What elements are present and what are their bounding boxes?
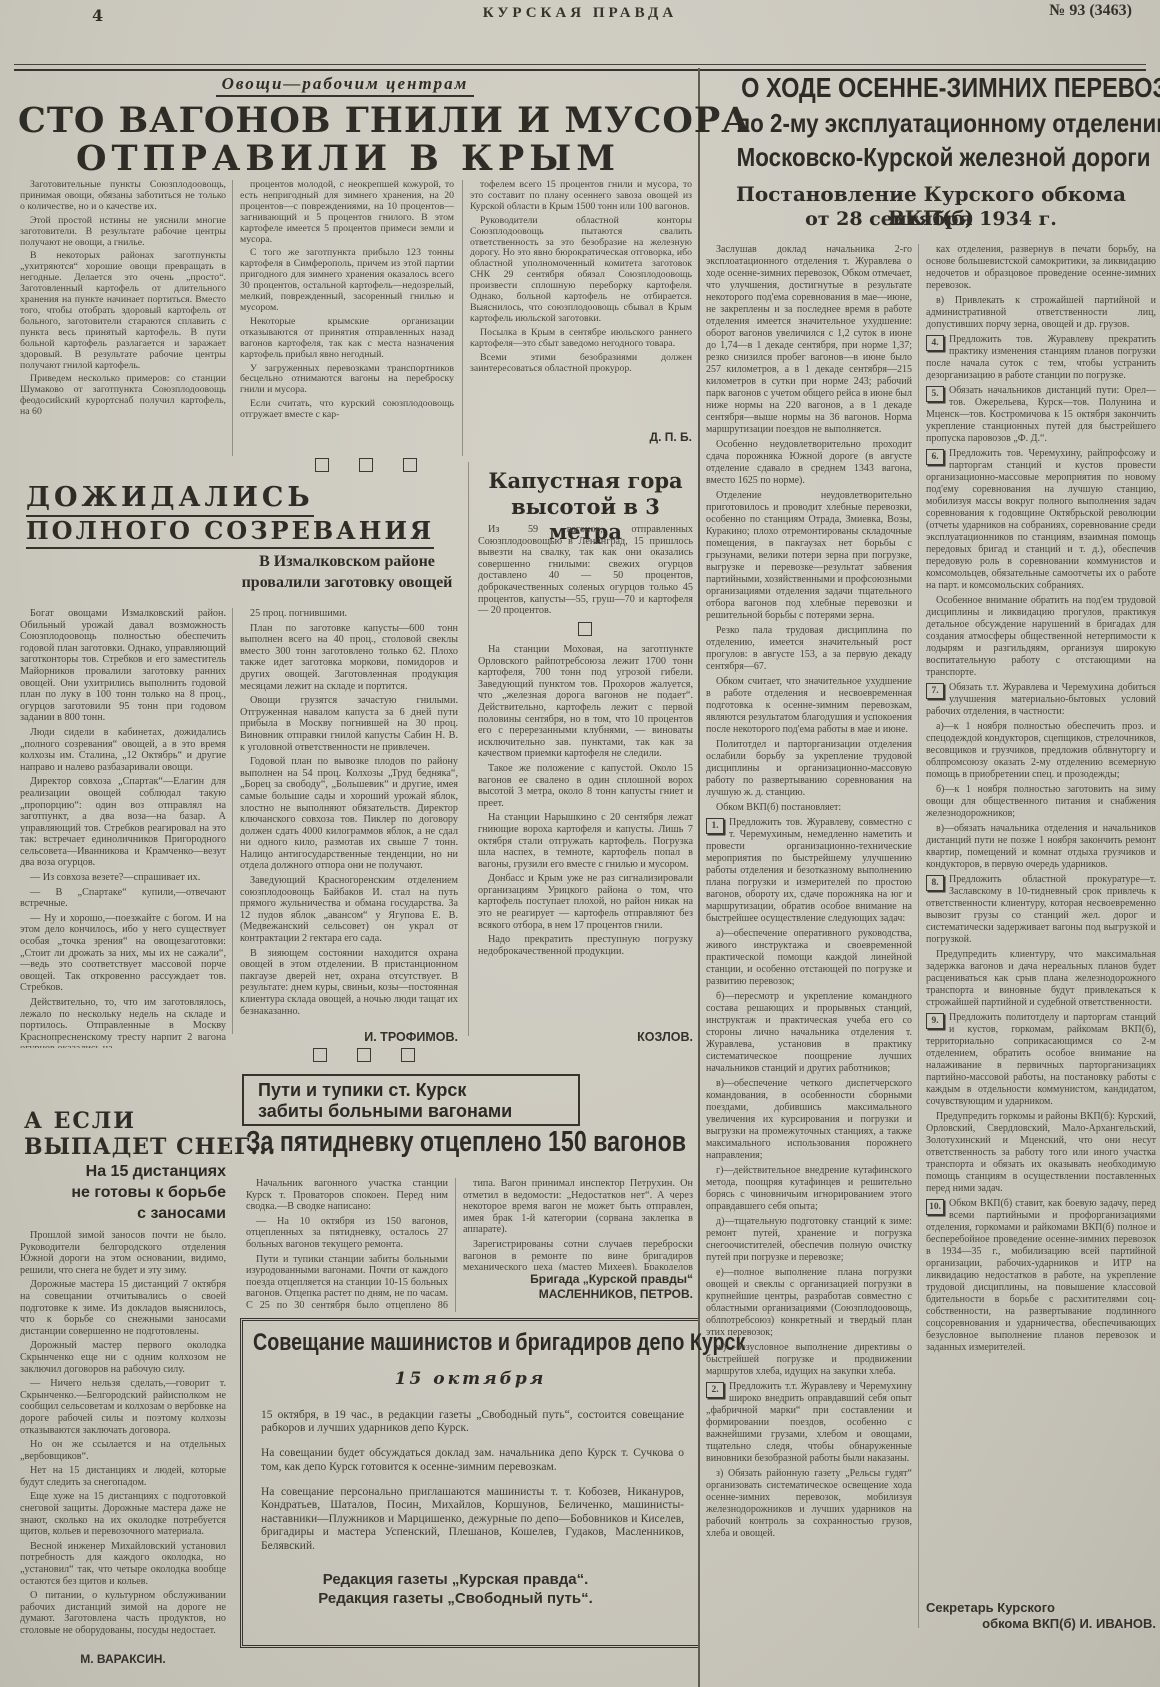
paragraph: Особенно неудовлетворительно проходит сд… — [706, 439, 912, 487]
paragraph: Обком считает, что значительное ухудшени… — [706, 676, 912, 736]
snow-headline-line1: А ЕСЛИ — [24, 1108, 136, 1134]
wagons-column-2: типа. Вагон принимал инспектор Петрухин.… — [463, 1178, 693, 1270]
snow-subhead-line3: с заносами — [20, 1205, 226, 1223]
paragraph: 7.Обязать т.т. Журавлева и Черемухина до… — [926, 682, 1156, 718]
ripening-headline-text1: ДОЖИДАЛИСЬ — [26, 482, 314, 517]
paragraph: Если считать, что курский союзплодоовощь… — [240, 399, 454, 421]
meeting-text: 15 октября, в 19 час., в редакции газеты… — [261, 1397, 684, 1567]
paragraph: Особенное внимание обратить на под'ем тр… — [926, 595, 1156, 679]
resolution-column-2: ках отделения, развернув в печати борьбу… — [926, 244, 1156, 1574]
ornament-square — [401, 1048, 415, 1062]
main-column-divider — [698, 68, 700, 1687]
paragraph: Руководители областной конторы Союзплодо… — [470, 216, 692, 325]
paragraph: з) Обязать районную газету „Рельсы гудят… — [706, 1468, 912, 1540]
ornament-square — [359, 458, 373, 472]
cabbage-text-bottom: На станции Моховая, на заготпункте Орлов… — [478, 644, 693, 1026]
item-number-box: 7. — [926, 683, 944, 699]
paragraph: Директор совхоза „Спартак“—Елагин для ре… — [20, 776, 226, 869]
paragraph: Нет на 15 дистанциях и людей, которые бу… — [20, 1465, 226, 1488]
paragraph: На совещании будет обсуждаться доклад за… — [261, 1447, 684, 1474]
paragraph: Люди сидели в кабинетах, дожидались „пол… — [20, 727, 226, 773]
paragraph: — Из совхоза везете?—спрашивает их. — [20, 872, 226, 884]
ripening-headline-text2: ПОЛНОГО СОЗРЕВАНИЯ — [26, 516, 434, 549]
cabbage-text-top: Из 59 вагонов, отправленных Союзплодоово… — [478, 524, 693, 616]
paragraph: Заготовительные пункты Союзплодоовощь, п… — [20, 180, 226, 213]
lead-kicker: Овощи—рабочим центрам — [170, 74, 520, 94]
header-rule — [14, 64, 1146, 71]
paragraph: Посылка в Крым в сентябре июльского ранн… — [470, 328, 692, 350]
ornament-square — [313, 1048, 327, 1062]
paragraph: тофелем всего 15 процентов гнили и мусор… — [470, 180, 692, 213]
paragraph: 8.Предложить областной прокуратуре—т. За… — [926, 874, 1156, 946]
paragraph: Еще хуже на 15 дистанциях с подготовкой … — [20, 1491, 226, 1537]
lead-column-1: Заготовительные пункты Союзплодоовощь, п… — [20, 180, 226, 458]
paragraph: О питании, о культурном обслуживании раб… — [20, 1590, 226, 1636]
ripening-subhead-line1: В Измалковском районе — [232, 553, 462, 571]
paragraph: Зарегистрированы сотни случаев переброск… — [463, 1239, 693, 1270]
ripening-column-1: Богат овощами Измалковский район. Обильн… — [20, 608, 226, 1048]
wagons-column-1: Начальник вагонного участка станции Курс… — [246, 1178, 448, 1312]
paragraph: 5.Обязать начальников дистанций пути: Ор… — [926, 385, 1156, 445]
wagons-col-rule — [455, 1178, 456, 1312]
paragraph: В некоторых районах заготпункты „ухитряю… — [20, 251, 226, 371]
paragraph: Пути и тупики станции забиты больными из… — [246, 1254, 448, 1312]
resolution-headline-line3: Московско-Курской железной дороги — [737, 142, 1126, 173]
lead-headline-line2: ОТПРАВИЛИ В КРЫМ — [18, 138, 678, 179]
paragraph: Начальник вагонного участка станции Курс… — [246, 1178, 448, 1213]
paragraph: Политотдел и парторганизации отделения о… — [706, 739, 912, 799]
paragraph: 10.Обком ВКП(б) ставит, как боевую задач… — [926, 1198, 1156, 1354]
cabbage-headline-line1: Капустная гора — [478, 468, 693, 493]
paragraph: Такое же положение с капустой. Около 15 … — [478, 763, 693, 809]
paragraph: Дорожный мастер первого околодка Скрынче… — [20, 1340, 226, 1375]
paragraph: 9.Предложить политотделу и парторгам ста… — [926, 1012, 1156, 1108]
paragraph: типа. Вагон принимал инспектор Петрухин.… — [463, 1178, 693, 1236]
snow-subhead-line2: не готовы к борьбе — [20, 1184, 226, 1202]
ripening-col-rule — [232, 608, 233, 1034]
paragraph: На станции Нарышкино с 20 сентября лежат… — [478, 812, 693, 870]
meeting-box: Совещание машинистов и бригадиров депо К… — [240, 1318, 698, 1648]
paragraph: а)—обеспечение оперативного руководства,… — [706, 928, 912, 988]
ornament-squares-row1 — [300, 458, 432, 477]
paragraph: а)—к 1 ноября полностью обеспечить проз.… — [926, 721, 1156, 781]
paragraph: Но он же ссылается и на отдельных „вербо… — [20, 1439, 226, 1462]
paragraph: План по заготовке капусты—600 тонн выпол… — [240, 623, 458, 693]
item-number-box: 5. — [926, 386, 944, 402]
resolution-signature-line2: обкома ВКП(б) И. ИВАНОВ. — [926, 1616, 1156, 1631]
lead-col-rule-1 — [232, 180, 233, 456]
wagons-signature-line2: МАСЛЕННИКОВ, ПЕТРОВ. — [463, 1287, 693, 1301]
paragraph: г)—действительное внедрение кутафинского… — [706, 1165, 912, 1213]
meeting-signature-line1: Редакция газеты „Курская правда“. — [243, 1571, 668, 1588]
paragraph: в) Привлекать к строжайшей партийной и а… — [926, 295, 1156, 331]
cabbage-ornament-square — [578, 622, 592, 641]
paragraph: Некоторые крымские организации отказываю… — [240, 317, 454, 361]
paragraph: Надо прекратить преступную погрузку недо… — [478, 934, 693, 957]
paragraph: 15 октября, в 19 час., в редакции газеты… — [261, 1409, 684, 1436]
sick-wagons-line1: Пути и тупики ст. Курск — [258, 1080, 578, 1101]
paragraph: Резко пала трудовая дисциплина по отделе… — [706, 625, 912, 673]
paragraph: — Ну и хорошо,—поезжайте с богом. И на э… — [20, 913, 226, 994]
paragraph: е)—полное выполнение плана погрузки овощ… — [706, 1267, 912, 1339]
lead-column-3: тофелем всего 15 процентов гнили и мусор… — [470, 180, 692, 430]
wagons-signature-line1: Бригада „Курской правды“ — [463, 1272, 693, 1286]
paragraph: Этой простой истины не уяснили многие за… — [20, 216, 226, 249]
item-number-box: 4. — [926, 335, 944, 351]
lead-signature: Д. П. Б. — [470, 430, 692, 444]
item-number-box: 1. — [706, 818, 724, 834]
lead-headline-line1: СТО ВАГОНОВ ГНИЛИ И МУСОРА — [18, 100, 678, 141]
snow-headline-line2: ВЫПАДЕТ СНЕГ... — [24, 1134, 276, 1160]
paragraph: Всеми этими безобразиями должен заинтере… — [470, 353, 692, 375]
wagons-headline: За пятидневку отцеплено 150 вагонов — [246, 1126, 686, 1159]
paragraph: Заслушав доклад начальника 2-го эксплоат… — [706, 244, 912, 436]
paragraph: Дорожные мастера 15 дистанций 7 октября … — [20, 1279, 226, 1337]
lead-column-2: процентов молодой, с неокрепшей кожурой,… — [240, 180, 454, 458]
cabbage-left-rule — [468, 462, 469, 1036]
resolution-subhead-line2: от 28 сентября 1934 г. — [705, 208, 1157, 230]
paragraph: Отделение неудовлетворительно приготовил… — [706, 490, 912, 622]
item-number-box: 8. — [926, 875, 944, 891]
paragraph: 2.Предложить т.т. Журавлеву и Черемухину… — [706, 1381, 912, 1465]
item-number-box: 9. — [926, 1013, 944, 1029]
ornament-squares-row2 — [298, 1048, 430, 1067]
paragraph: Действительно, то, что им заготовлялось,… — [20, 997, 226, 1048]
lead-kicker-text: Овощи—рабочим центрам — [216, 74, 475, 97]
paragraph: Годовой план по вывозке плодов по району… — [240, 756, 458, 872]
meeting-date: 15 октября — [243, 1369, 698, 1389]
paragraph: — На 10 октября из 150 вагонов, отцеплен… — [246, 1216, 448, 1251]
paragraph: процентов молодой, с неокрепшей кожурой,… — [240, 180, 454, 245]
paragraph: Богат овощами Измалковский район. Обильн… — [20, 608, 226, 724]
ripening-subhead-line2: провалили заготовку овощей — [232, 574, 462, 592]
sick-wagons-box-headline: Пути и тупики ст. Курск забиты больными … — [242, 1074, 580, 1126]
paragraph: ках отделения, развернув в печати борьбу… — [926, 244, 1156, 292]
paragraph: С того же заготпункта прибыло 123 тонны … — [240, 248, 454, 313]
paragraph: в)—обеспечение четкого диспетчерского ко… — [706, 1078, 912, 1162]
paragraph: 1.Предложить тов. Журавлеву, совместно с… — [706, 817, 912, 925]
paragraph: д)—тщательную подготовку станций к зиме:… — [706, 1216, 912, 1264]
ornament-square — [315, 458, 329, 472]
resolution-column-1: Заслушав доклад начальника 2-го эксплоат… — [706, 244, 912, 1628]
paragraph: Предупредить клиентуру, что максимальная… — [926, 949, 1156, 1009]
snow-signature: М. ВАРАКСИН. — [20, 1652, 226, 1666]
paragraph: — Ничего нельзя сделать,—говорит т. Скры… — [20, 1378, 226, 1436]
paragraph: Прошлой зимой заносов почти не было. Рук… — [20, 1230, 226, 1276]
paragraph: ж)—безусловное выполнение директивы о бы… — [706, 1342, 912, 1378]
cabbage-signature: КОЗЛОВ. — [478, 1030, 693, 1044]
snow-subhead-line1: На 15 дистанциях — [20, 1163, 226, 1181]
paragraph: Заведующий Красногоренским отделением со… — [240, 875, 458, 945]
ripening-column-2: 25 проц. погнившими.План по заготовке ка… — [240, 608, 458, 1028]
ornament-square — [578, 622, 592, 636]
lead-col-rule-2 — [462, 180, 463, 456]
paragraph: Приведем несколько примеров: со станции … — [20, 374, 226, 418]
paragraph: У загруженных перевозками транспортников… — [240, 364, 454, 397]
paragraph: Предупредить горкомы и районы ВКП(б): Ку… — [926, 1111, 1156, 1195]
paragraph: 4.Предложить тов. Журавлеву прекратить п… — [926, 334, 1156, 382]
paragraph: Донбасс и Крым уже не раз сигнализировал… — [478, 873, 693, 931]
paragraph: Обком ВКП(б) постановляет: — [706, 802, 912, 814]
paragraph: в)—обязать начальника отделения и началь… — [926, 823, 1156, 871]
meeting-headline: Совещание машинистов и бригадиров депо К… — [253, 1329, 618, 1357]
ripening-headline-line1: ДОЖИДАЛИСЬ — [26, 482, 314, 513]
paragraph: Овощи грузятся зачастую гнилыми. Отгруже… — [240, 695, 458, 753]
resolution-headline-line1: О ХОДЕ ОСЕННЕ-ЗИМНИХ ПЕРЕВОЗОК — [741, 72, 1121, 104]
sick-wagons-line2: забиты больными вагонами — [258, 1101, 578, 1122]
ripening-signature: И. ТРОФИМОВ. — [240, 1030, 458, 1044]
meeting-signature-line2: Редакция газеты „Свободный путь“. — [243, 1590, 668, 1607]
paragraph: Из 59 вагонов, отправленных Союзплодоово… — [478, 524, 693, 616]
paragraph: Весной инженер Михайловский установил по… — [20, 1541, 226, 1587]
resolution-headline-line2: по 2-му эксплуатационному отделению — [737, 108, 1126, 139]
paragraph: В зияющем состоянии находится охрана ово… — [240, 948, 458, 1018]
resolution-signature-line1: Секретарь Курского — [926, 1600, 1156, 1615]
item-number-box: 6. — [926, 449, 944, 465]
paragraph: 6.Предложить тов. Черемухину, райпрофсож… — [926, 448, 1156, 592]
paragraph: — В „Спартаке“ купили,—отвечают встречны… — [20, 887, 226, 910]
snow-text: Прошлой зимой заносов почти не было. Рук… — [20, 1230, 226, 1642]
paragraph: На станции Моховая, на заготпункте Орлов… — [478, 644, 693, 760]
resolution-col-rule — [918, 244, 919, 1628]
paragraph: б)—пересмотр и укрепление командного сос… — [706, 991, 912, 1075]
paragraph: б)—к 1 ноября полностью заготовить на зи… — [926, 784, 1156, 820]
ripening-headline-line2: ПОЛНОГО СОЗРЕВАНИЯ — [26, 516, 434, 545]
newspaper-title: КУРСКАЯ ПРАВДА — [0, 5, 1160, 22]
issue-number: № 93 (3463) — [1049, 2, 1132, 20]
ornament-square — [357, 1048, 371, 1062]
item-number-box: 10. — [926, 1199, 944, 1215]
paragraph: 25 проц. погнившими. — [240, 608, 458, 620]
newspaper-page: 4 КУРСКАЯ ПРАВДА № 93 (3463) Овощи—рабоч… — [0, 0, 1160, 1687]
paragraph: На совещание персонально приглашаются ма… — [261, 1486, 684, 1554]
item-number-box: 2. — [706, 1382, 724, 1398]
ornament-square — [403, 458, 417, 472]
